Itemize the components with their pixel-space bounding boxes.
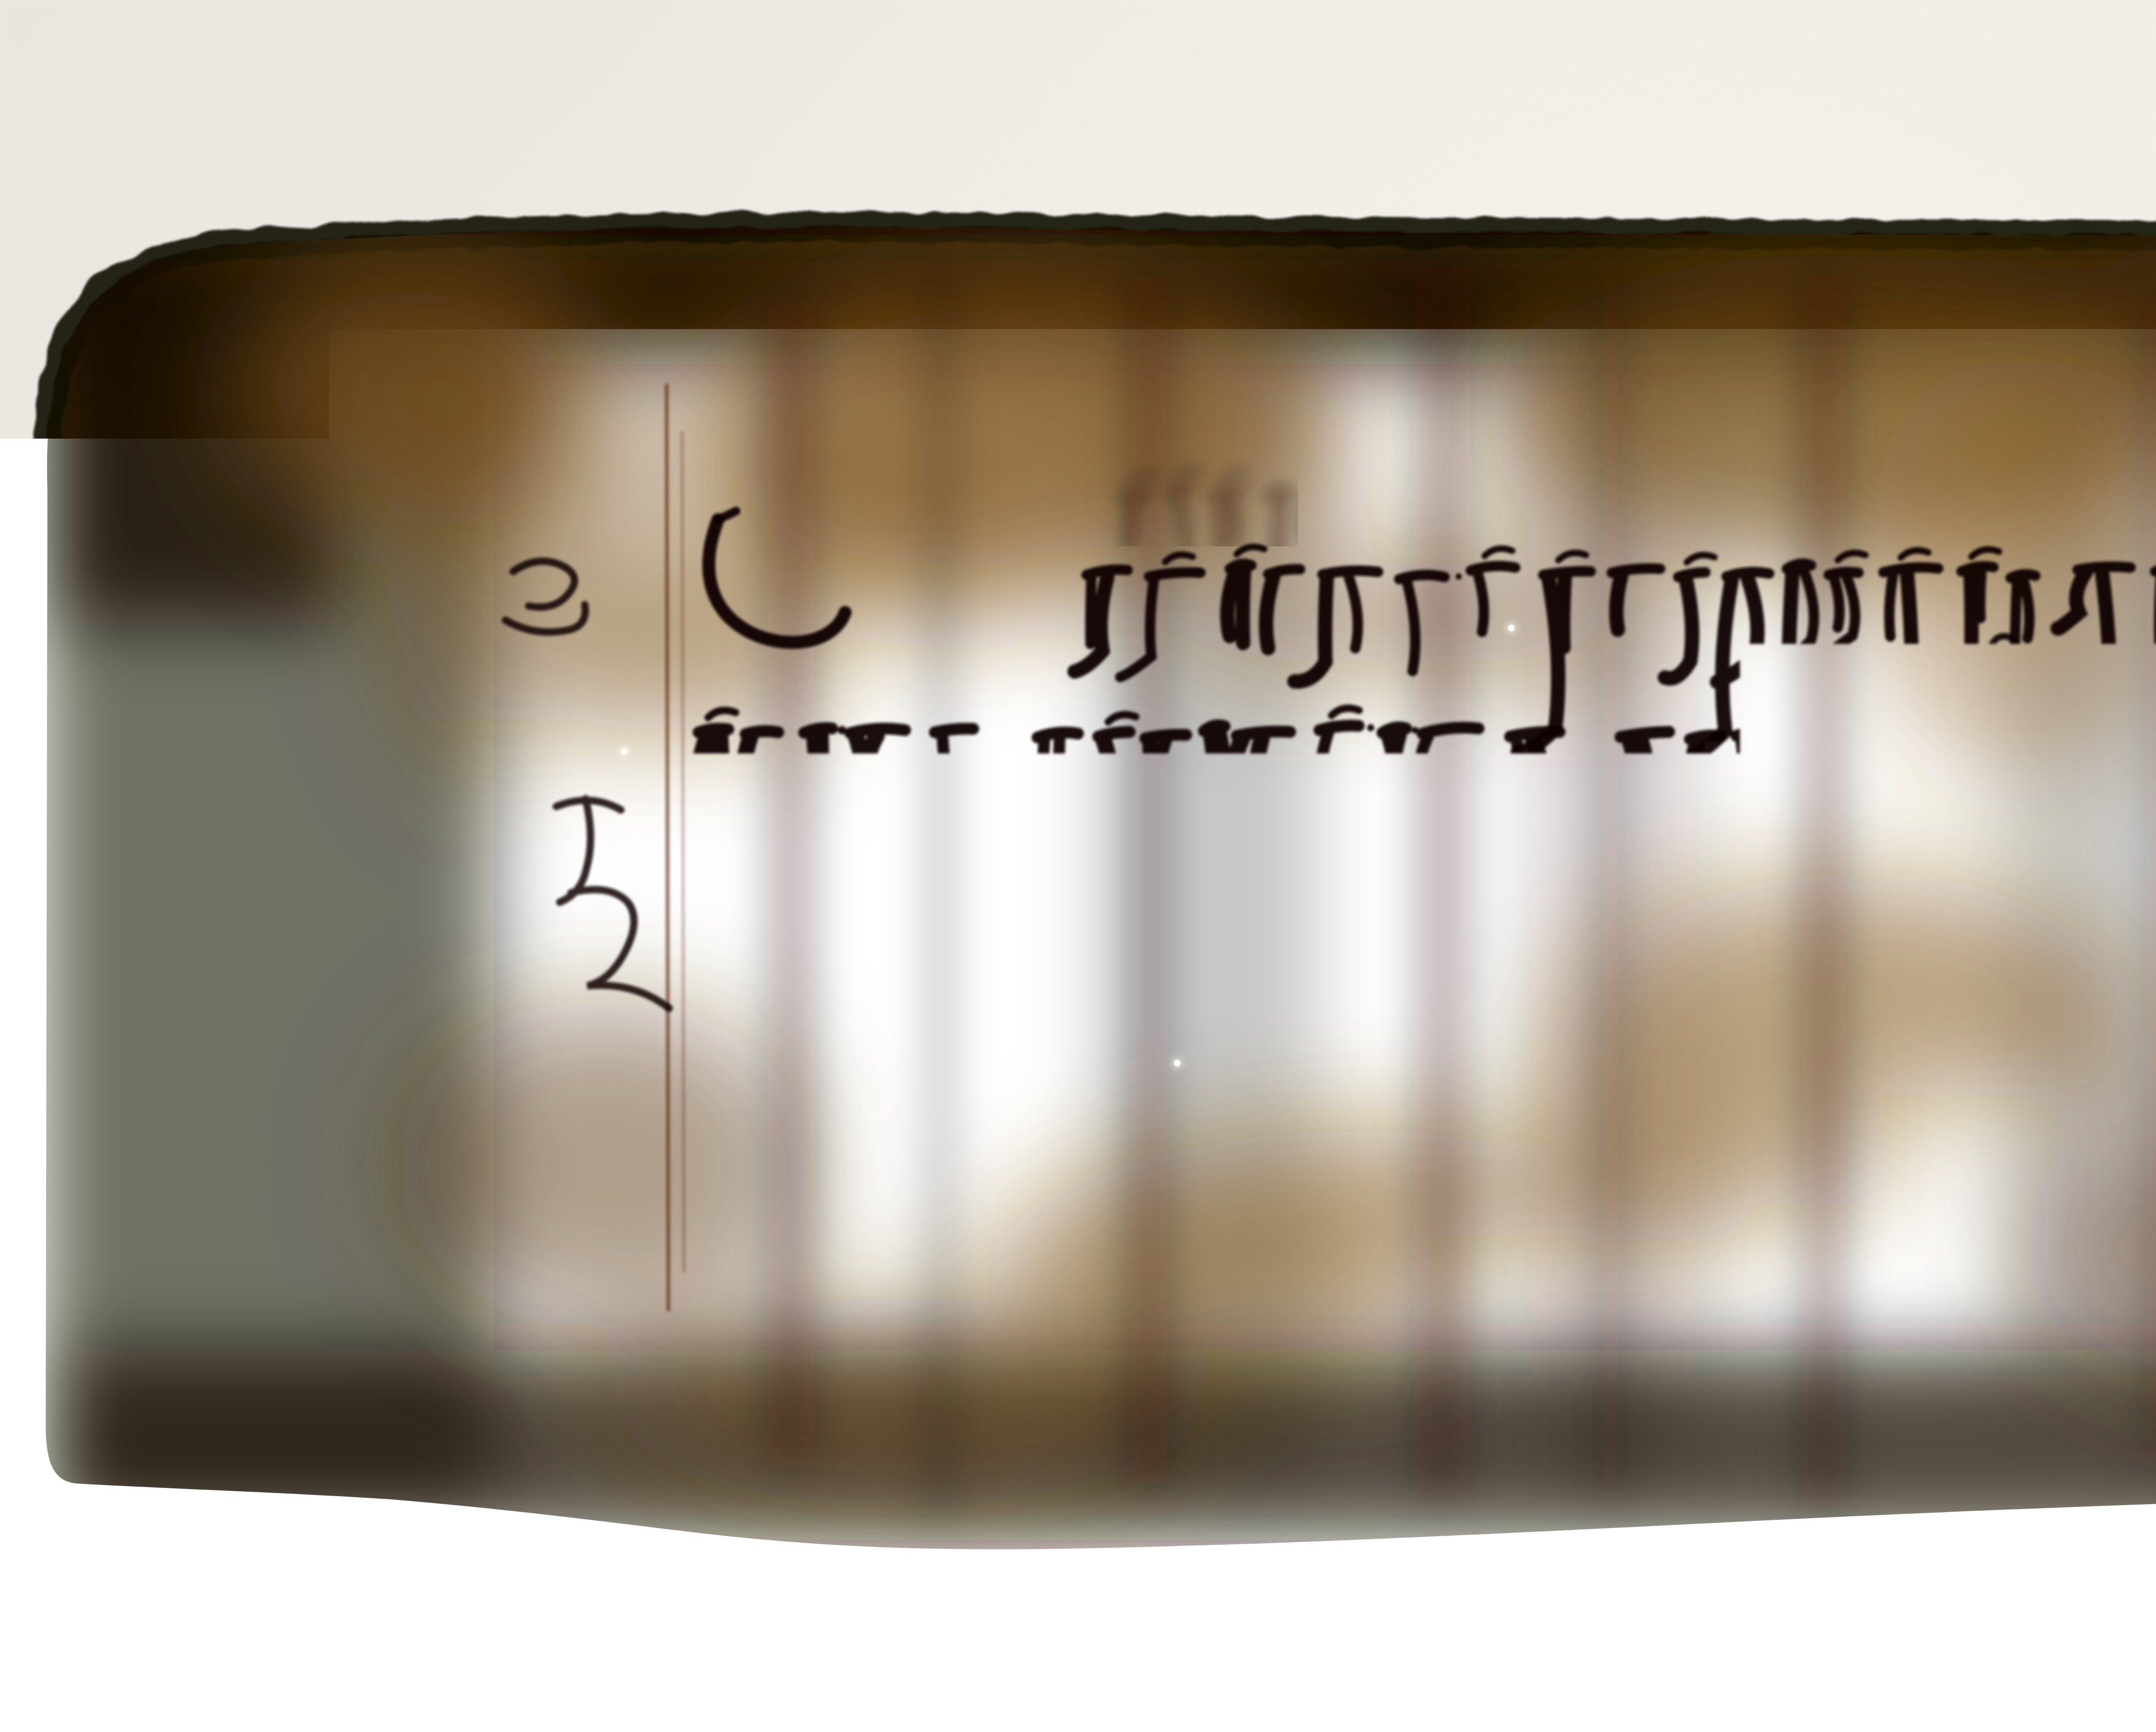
torn-flap <box>330 1525 647 1629</box>
manuscript-photo <box>0 0 2156 1732</box>
photo-stage <box>0 0 2156 1732</box>
